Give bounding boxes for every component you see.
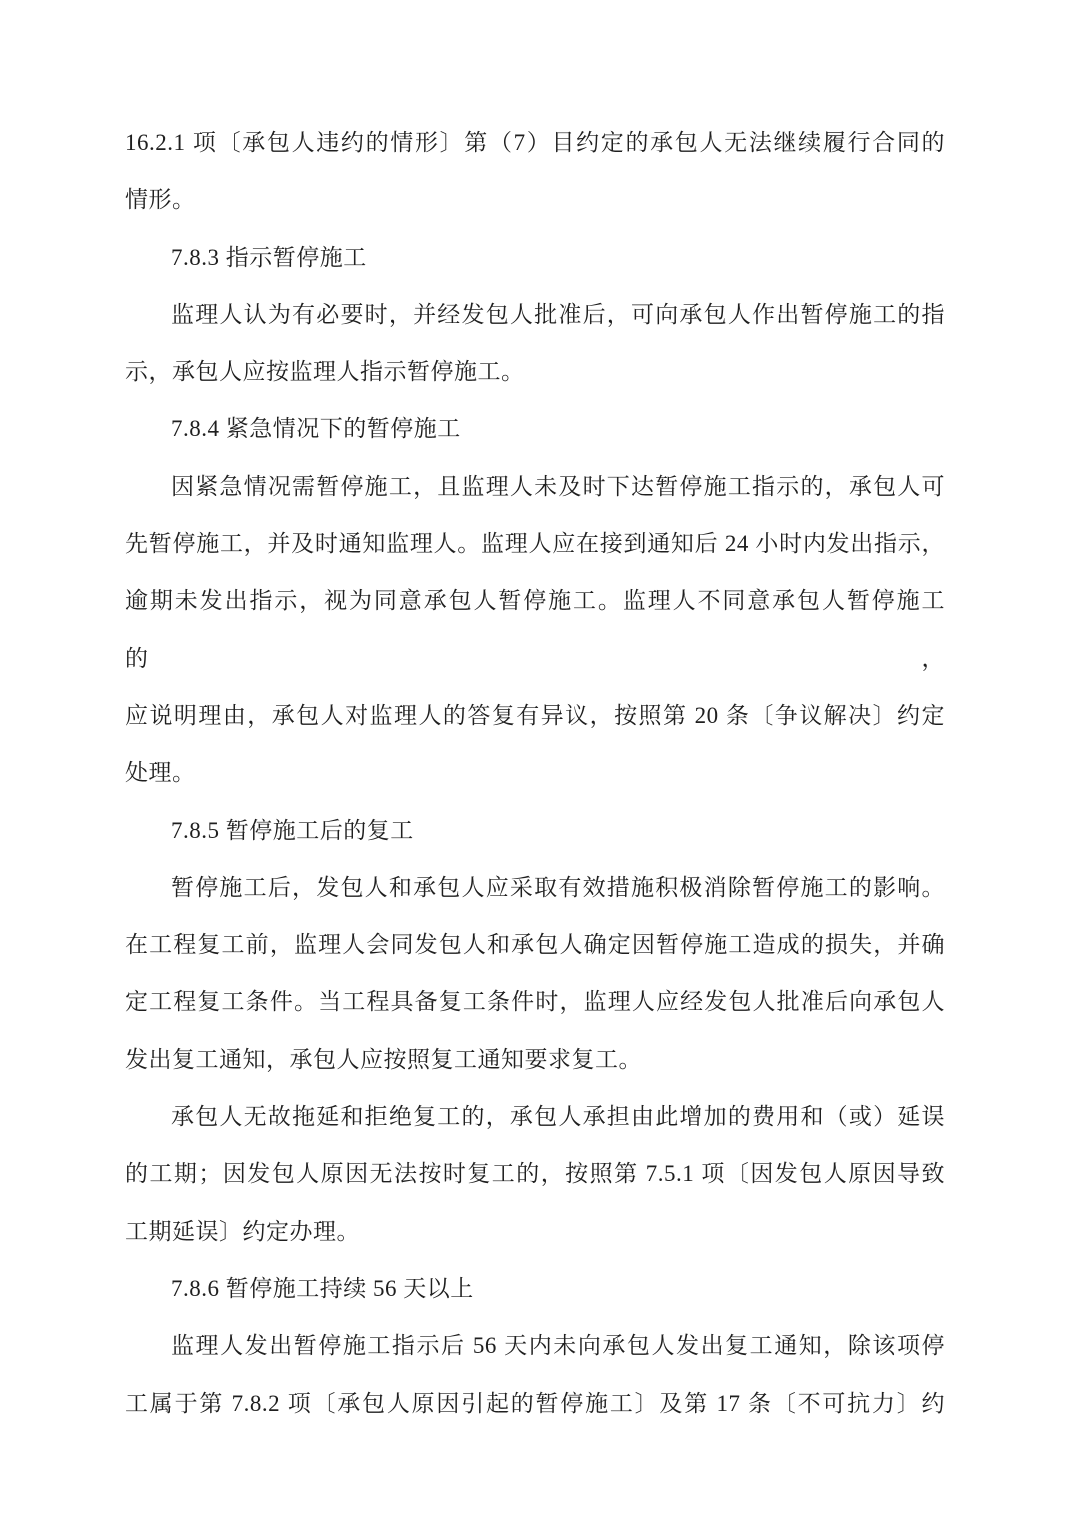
text-line: 逾期未发出指示，视为同意承包人暂停施工。监理人不同意承包人暂停施工的，: [125, 572, 945, 687]
section-heading-line: 7.8.3 指示暂停施工: [125, 229, 945, 286]
text-line: 监理人认为有必要时，并经发包人批准后，可向承包人作出暂停施工的指: [125, 286, 945, 343]
document-text-block: 16.2.1 项〔承包人违约的情形〕第（7）目约定的承包人无法继续履行合同的情形…: [125, 114, 945, 1432]
text-line: 承包人无故拖延和拒绝复工的，承包人承担由此增加的费用和（或）延误: [125, 1088, 945, 1145]
text-line: 在工程复工前，监理人会同发包人和承包人确定因暂停施工造成的损失，并确: [125, 916, 945, 973]
text-line: 情形。: [125, 171, 945, 228]
section-heading-line: 7.8.5 暂停施工后的复工: [125, 802, 945, 859]
text-line: 定工程复工条件。当工程具备复工条件时，监理人应经发包人批准后向承包人: [125, 973, 945, 1030]
text-line: 的工期；因发包人原因无法按时复工的，按照第 7.5.1 项〔因发包人原因导致: [125, 1145, 945, 1202]
section-heading-line: 7.8.6 暂停施工持续 56 天以上: [125, 1260, 945, 1317]
text-line: 发出复工通知，承包人应按照复工通知要求复工。: [125, 1031, 945, 1088]
text-line: 处理。: [125, 744, 945, 801]
text-line: 监理人发出暂停施工指示后 56 天内未向承包人发出复工通知，除该项停: [125, 1317, 945, 1374]
document-page: 16.2.1 项〔承包人违约的情形〕第（7）目约定的承包人无法继续履行合同的情形…: [0, 0, 1074, 1520]
text-line: 应说明理由，承包人对监理人的答复有异议，按照第 20 条〔争议解决〕约定: [125, 687, 945, 744]
text-line: 16.2.1 项〔承包人违约的情形〕第（7）目约定的承包人无法继续履行合同的: [125, 114, 945, 171]
text-line: 工期延误〕约定办理。: [125, 1203, 945, 1260]
text-line: 因紧急情况需暂停施工，且监理人未及时下达暂停施工指示的，承包人可: [125, 458, 945, 515]
text-line: 示，承包人应按监理人指示暂停施工。: [125, 343, 945, 400]
section-heading-line: 7.8.4 紧急情况下的暂停施工: [125, 400, 945, 457]
text-line: 暂停施工后，发包人和承包人应采取有效措施积极消除暂停施工的影响。: [125, 859, 945, 916]
text-line: 先暂停施工，并及时通知监理人。监理人应在接到通知后 24 小时内发出指示，: [125, 515, 945, 572]
text-line: 工属于第 7.8.2 项〔承包人原因引起的暂停施工〕及第 17 条〔不可抗力〕约: [125, 1375, 945, 1432]
